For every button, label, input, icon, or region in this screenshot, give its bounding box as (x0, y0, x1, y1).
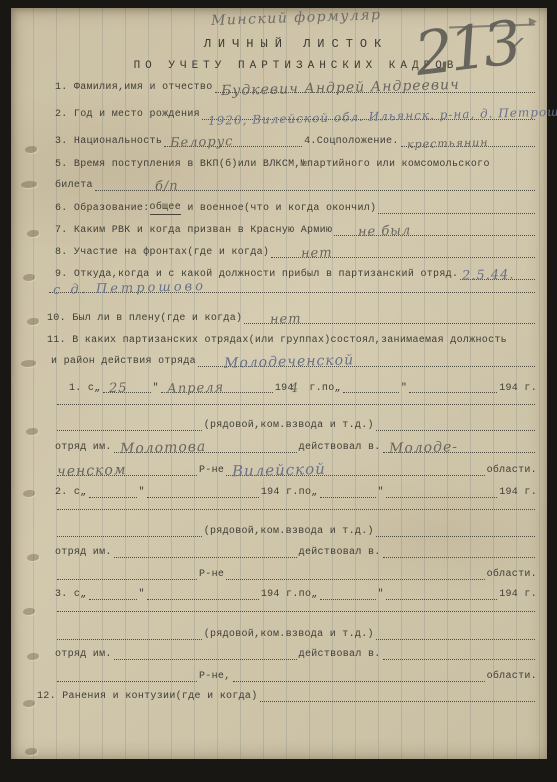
entry-period-prefix: 2. с„ (55, 487, 87, 499)
dots-leader: Молоде- (383, 450, 535, 453)
dots-row (55, 507, 537, 511)
field-nationality-label: 3. Национальность (55, 136, 162, 148)
entry-oblast-label: области. (487, 569, 537, 581)
tear-mark (23, 700, 35, 707)
dots-leader (383, 555, 535, 558)
dots-leader (233, 679, 485, 682)
field-surname-label: 1. Фамилия,имя и отчество (55, 82, 213, 94)
field-units-label2: и район действия отряда (51, 356, 196, 368)
entry-rayon-label: Р-не (199, 569, 224, 581)
dots-leader: нет (271, 255, 535, 258)
field-arrival-label: 9. Откуда,когда и с какой должности приб… (55, 269, 458, 281)
field-fronts-value: нет (301, 245, 333, 261)
dots-leader (57, 428, 202, 431)
field-nationality-row: 3. Национальность Белорус 4.Соцположение… (55, 136, 537, 148)
dots-leader: не был (334, 233, 535, 236)
document-subtitle: ПО УЧЕТУ ПАРТИЗАНСКИХ КАДРОВ (134, 60, 459, 73)
field-wounds-row: 12. Ранения и контузии(где и когда) (37, 691, 537, 703)
field-birth-value: 1920, Вилейской обл. Ильянск. р-на, д. П… (208, 104, 557, 128)
check-icon: ✓ (506, 31, 528, 58)
dots-leader (226, 577, 484, 580)
entry-region-row: Р-не, области. (55, 671, 537, 683)
entry-year-to: 194 г. (499, 487, 537, 499)
dots-leader: с д. Петрошово (49, 290, 535, 293)
entry-otryad-value: Молотова (120, 438, 207, 456)
entry-acted-label: действовал в. (299, 547, 381, 559)
entry-rayon-value: Вилейской (232, 459, 326, 479)
dots-leader: ченском (57, 473, 197, 476)
dots-leader (260, 699, 535, 702)
field-education-row: 6. Образование: общее и военное(что и ко… (55, 202, 537, 215)
entry-day-value: 25 (108, 381, 127, 396)
entry-acted-value2: ченском (57, 462, 127, 480)
field-arrival-row: 9. Откуда,когда и с какой должности приб… (55, 269, 537, 281)
entry-month-value: Апреля (167, 380, 224, 396)
entry-quote: " (139, 487, 145, 499)
entry-year-to: 194 г. (499, 383, 537, 395)
dots-leader (147, 495, 259, 498)
field-units-label: 11. В каких партизанских отрядах(или гру… (47, 335, 507, 347)
entry-oblast-label: области. (487, 465, 537, 477)
field-arrival-row2: с д. Петрошово (47, 290, 537, 294)
tear-mark (23, 274, 35, 281)
entry-quote: " (139, 589, 145, 601)
dots-leader (57, 534, 202, 537)
tear-mark (27, 554, 39, 561)
dots-leader: Молотова (114, 450, 297, 453)
dots-leader: крестьянин (401, 144, 535, 147)
entry-otryad-row: отряд им. действовал в. (55, 547, 537, 559)
field-birth-label: 2. Год и место рождения (55, 109, 200, 121)
field-arrival-date-value: 2.5.44. (462, 267, 515, 283)
dots-leader: Апреля (161, 390, 273, 393)
document-title-row: ЛИЧНЫЙ ЛИСТОК (55, 38, 537, 52)
dots-leader: Белорус (164, 144, 302, 147)
field-party-row2: билета б/п (55, 180, 537, 192)
dots-leader (57, 637, 202, 640)
entry-hint-row: (рядовой,ком.взвода и т.д.) (55, 420, 537, 432)
tear-mark (27, 230, 39, 237)
field-education-label: 6. Образование: (55, 203, 150, 215)
tear-mark (21, 360, 36, 367)
field-nationality-value: Белорус (170, 134, 234, 151)
dots-leader (376, 637, 535, 640)
field-education-label2: и военное(что и когда окончил) (181, 203, 376, 215)
dots-leader (383, 657, 535, 660)
field-surname-value: Будкевич Андрей Андреевич (220, 76, 459, 98)
dots-leader (57, 507, 535, 510)
entry-acted-label: действовал в. (299, 442, 381, 454)
entry-rank-hint: (рядовой,ком.взвода и т.д.) (204, 526, 374, 538)
handwritten-top-note: Минский формуляр (211, 7, 382, 29)
field-party-value: б/п (155, 178, 179, 194)
dots-leader: б/п (95, 188, 535, 191)
field-party-label2: билета (55, 180, 93, 192)
entry-year-from: 194 (261, 589, 280, 601)
entry-otryad-row: отряд им. Молотова действовал в. Молоде- (55, 442, 537, 454)
document-subtitle-row: ПО УЧЕТУ ПАРТИЗАНСКИХ КАДРОВ (55, 60, 537, 73)
entry-period-row: 3. с„ " 194 г.по„ " 194 г. (55, 589, 537, 601)
field-units-value: Молодеченской (224, 352, 355, 371)
entry-period-prefix: 3. с„ (55, 589, 87, 601)
entry-acted-value: Молоде- (388, 439, 457, 457)
document-title: ЛИЧНЫЙ ЛИСТОК (204, 38, 389, 52)
tear-mark (27, 318, 39, 325)
entry-quote: " (378, 487, 384, 499)
dots-leader (320, 495, 376, 498)
field-units-row: 11. В каких партизанских отрядах(или гру… (47, 335, 537, 347)
field-surname-row: 1. Фамилия,имя и отчество Будкевич Андре… (55, 82, 537, 94)
entry-rayon-label: Р-не (199, 465, 224, 477)
entry-period-prefix: 1. с„ (69, 383, 101, 395)
field-party-row: 5. Время поступления в ВКП(б)или ВЛКСМ,№… (55, 159, 537, 171)
entry-region-row: ченском Р-не Вилейской области. (55, 465, 537, 477)
field-social-value: крестьянин (406, 135, 488, 150)
field-fronts-label: 8. Участие на фронтах(где и когда) (55, 247, 269, 259)
field-fronts-row: 8. Участие на фронтах(где и когда) нет (55, 247, 537, 259)
entry-rayon-label: Р-не, (199, 671, 231, 683)
dots-leader (409, 390, 497, 393)
dots-leader (57, 402, 535, 405)
tear-mark (21, 181, 37, 188)
dots-leader (114, 555, 297, 558)
field-captivity-label: 10. Был ли в плену(где и когда) (47, 313, 242, 325)
dots-leader (114, 657, 297, 660)
tear-mark (25, 146, 37, 153)
entry-quote: " (378, 589, 384, 601)
entry-period-mid: г.по„ (303, 383, 341, 395)
dots-leader: 25 (103, 390, 151, 393)
entry-year-from: 194 (275, 383, 294, 395)
dots-leader (147, 597, 259, 600)
dots-leader (376, 534, 535, 537)
dots-leader (343, 390, 399, 393)
dots-leader (386, 597, 497, 600)
entry-otryad-label: отряд им. (55, 649, 112, 661)
entry-otryad-row: отряд им. действовал в. (55, 649, 537, 661)
dots-leader (320, 597, 376, 600)
entry-acted-label: действовал в. (299, 649, 381, 661)
entry-year-from: 194 (261, 487, 280, 499)
entry-period-mid: г.по„ (280, 487, 318, 499)
entry-otryad-label: отряд им. (55, 442, 112, 454)
dots-leader (57, 609, 535, 612)
field-social-label: 4.Соцположение. (304, 136, 399, 148)
field-birth-row: 2. Год и место рождения 1920, Вилейской … (55, 109, 537, 121)
dots-leader: Молодеченской (198, 364, 535, 367)
field-captivity-row: 10. Был ли в плену(где и когда) нет (47, 313, 537, 325)
field-captivity-value: нет (270, 311, 302, 327)
entry-period-mid: г.по„ (280, 589, 318, 601)
tear-mark (27, 653, 39, 660)
tear-mark (23, 608, 35, 615)
entry-period-row: 1. с„ 25 " Апреля 194 4 г.по„ " 194 г. (55, 379, 537, 394)
field-rvk-value: не был (358, 223, 412, 239)
field-arrival-place-value: с д. Петрошово (53, 279, 206, 298)
tear-mark (25, 748, 37, 755)
field-rvk-label: 7. Каким РВК и когда призван в Красную А… (55, 225, 332, 237)
entry-quote: " (401, 383, 407, 395)
entry-hint-row: (рядовой,ком.взвода и т.д.) (55, 526, 537, 538)
dots-leader: Будкевич Андрей Андреевич (215, 90, 535, 93)
dots-leader: 2.5.44. (460, 277, 535, 280)
entry-quote: " (153, 383, 159, 395)
arrow-icon (449, 21, 535, 29)
tear-mark (23, 490, 35, 497)
scanned-document-page: Минский формуляр 213 ✓ ЛИЧНЫЙ ЛИСТОК ПО … (11, 8, 547, 759)
dots-leader (386, 495, 497, 498)
tear-mark (26, 428, 38, 435)
entry-rank-hint: (рядовой,ком.взвода и т.д.) (204, 420, 374, 432)
entry-region-row: Р-не области. (55, 569, 537, 581)
dots-leader (89, 597, 137, 600)
dots-leader: Вилейской (226, 473, 484, 476)
field-education-label-underlined: общее (150, 202, 182, 215)
entry-hint-row: (рядовой,ком.взвода и т.д.) (55, 629, 537, 641)
dots-leader (57, 577, 197, 580)
dots-leader: 1920, Вилейской обл. Ильянск. р-на, д. П… (202, 117, 535, 120)
dots-row (55, 609, 537, 613)
entry-year-to: 194 г. (499, 589, 537, 601)
field-wounds-label: 12. Ранения и контузии(где и когда) (37, 691, 258, 703)
entry-oblast-label: области. (487, 671, 537, 683)
dots-leader: нет (244, 321, 535, 324)
dots-leader (57, 679, 197, 682)
dots-leader (89, 495, 137, 498)
field-party-label: 5. Время поступления в ВКП(б)или ВЛКСМ,№… (55, 159, 490, 171)
entry-rank-hint: (рядовой,ком.взвода и т.д.) (204, 629, 374, 641)
field-units-row2: и район действия отряда Молодеченской (51, 356, 537, 368)
entry-period-row: 2. с„ " 194 г.по„ " 194 г. (55, 487, 537, 499)
dots-leader (378, 211, 535, 214)
field-rvk-row: 7. Каким РВК и когда призван в Красную А… (55, 225, 537, 237)
dots-leader (376, 428, 535, 431)
dots-row (55, 402, 537, 406)
entry-otryad-label: отряд им. (55, 547, 112, 559)
